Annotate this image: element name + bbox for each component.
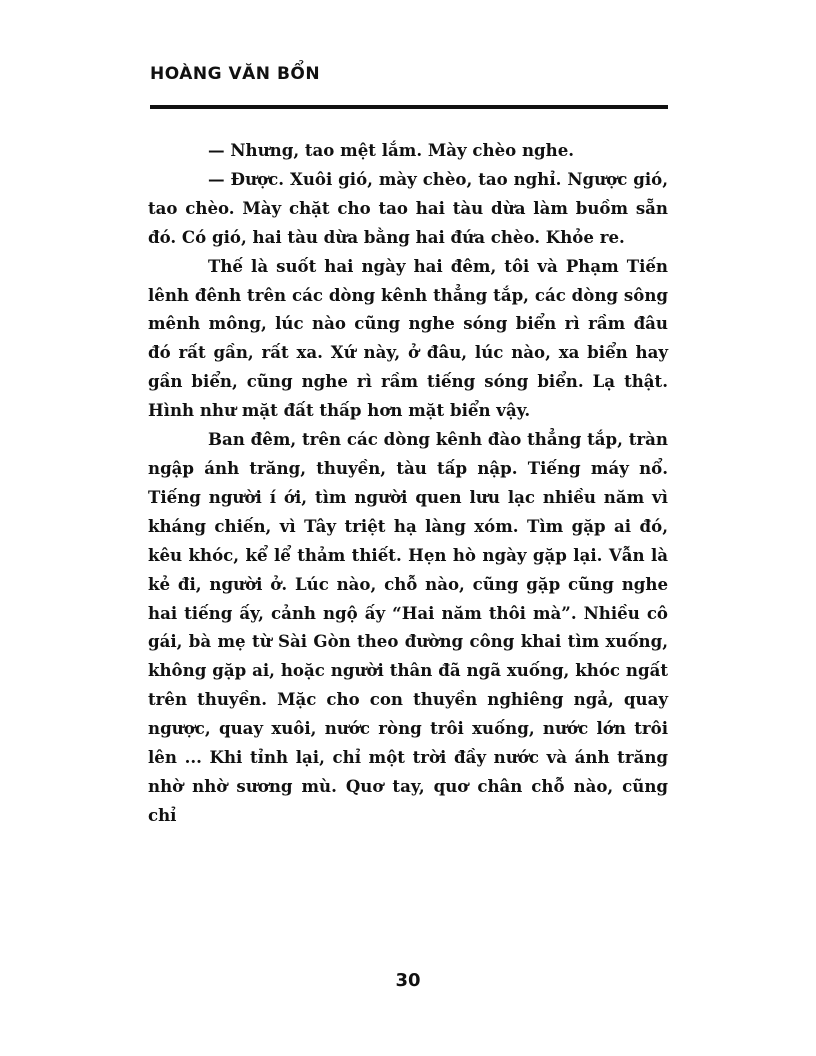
paragraph: Thế là suốt hai ngày hai đêm, tôi và Phạ… [148,252,668,425]
paragraph: Ban đêm, trên các dòng kênh đào thẳng tắ… [148,425,668,830]
page-number: 30 [0,970,816,991]
paragraph: — Được. Xuôi gió, mày chèo, tao nghỉ. Ng… [148,165,668,252]
paragraph: — Nhưng, tao mệt lắm. Mày chèo nghe. [148,136,668,165]
body-text: — Nhưng, tao mệt lắm. Mày chèo nghe. — Đ… [148,136,668,830]
book-page: HOÀNG VĂN BỔN — Nhưng, tao mệt lắm. Mày … [0,0,816,1056]
header-rule [150,105,668,109]
running-head-author: HOÀNG VĂN BỔN [150,64,320,84]
